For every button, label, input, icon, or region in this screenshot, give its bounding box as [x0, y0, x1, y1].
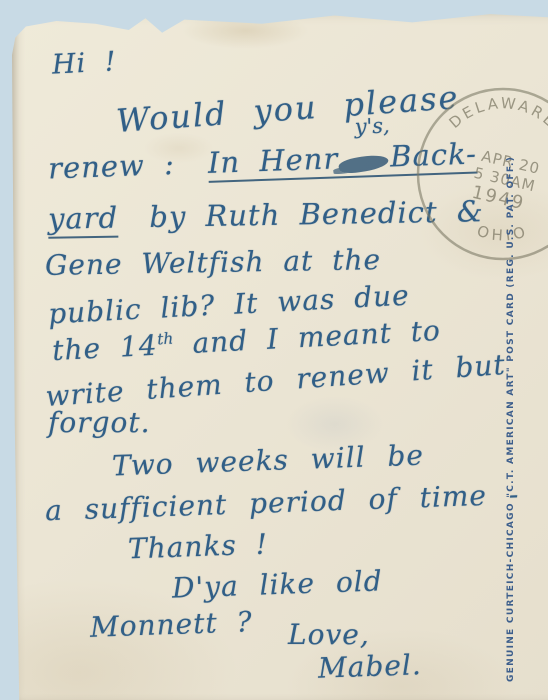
postmark-stamp: DELAWARE OHIO APR 20 5 30AM 1949 [410, 80, 548, 272]
postcard: Hi ! Would you please renew : In HenrBac… [12, 10, 548, 700]
ordinal-suffix: th [157, 330, 174, 349]
ink-blot [338, 153, 390, 176]
postmark-date-block: APR 20 5 30AM 1949 [468, 146, 542, 216]
handwriting-line-hi: Hi ! [51, 46, 117, 80]
handwriting-line-dya: D'ya like old [171, 564, 383, 604]
handwriting-line-thanks: Thanks ! [127, 528, 268, 566]
handwriting-line-forgot: forgot. [48, 406, 151, 439]
handwriting-line-monnett: Monnett ? [89, 605, 253, 644]
book-title-second-part: yard [48, 201, 119, 239]
handwriting-signature: Mabel. [317, 648, 422, 685]
handwriting-line-love: Love, [288, 618, 370, 651]
postcard-photo: Hi ! Would you please renew : In HenrBac… [0, 0, 548, 700]
handwriting-line-two-weeks: Two weeks will be [112, 439, 425, 483]
handwriting-line-would: Would you please [115, 78, 461, 140]
the-14: the 14 [51, 329, 158, 367]
renew-prefix: renew : [48, 147, 176, 185]
handwriting-line-sufficient: a sufficient period of time - [45, 478, 520, 528]
title-text-start: In Henr [207, 141, 338, 180]
publisher-imprint: GENUINE CURTEICH-CHICAGO "C.T. AMERICAN … [506, 50, 524, 682]
inserted-correction: y's, [354, 114, 390, 139]
handwriting-line-gene: Gene Weltfish at the [45, 243, 382, 282]
